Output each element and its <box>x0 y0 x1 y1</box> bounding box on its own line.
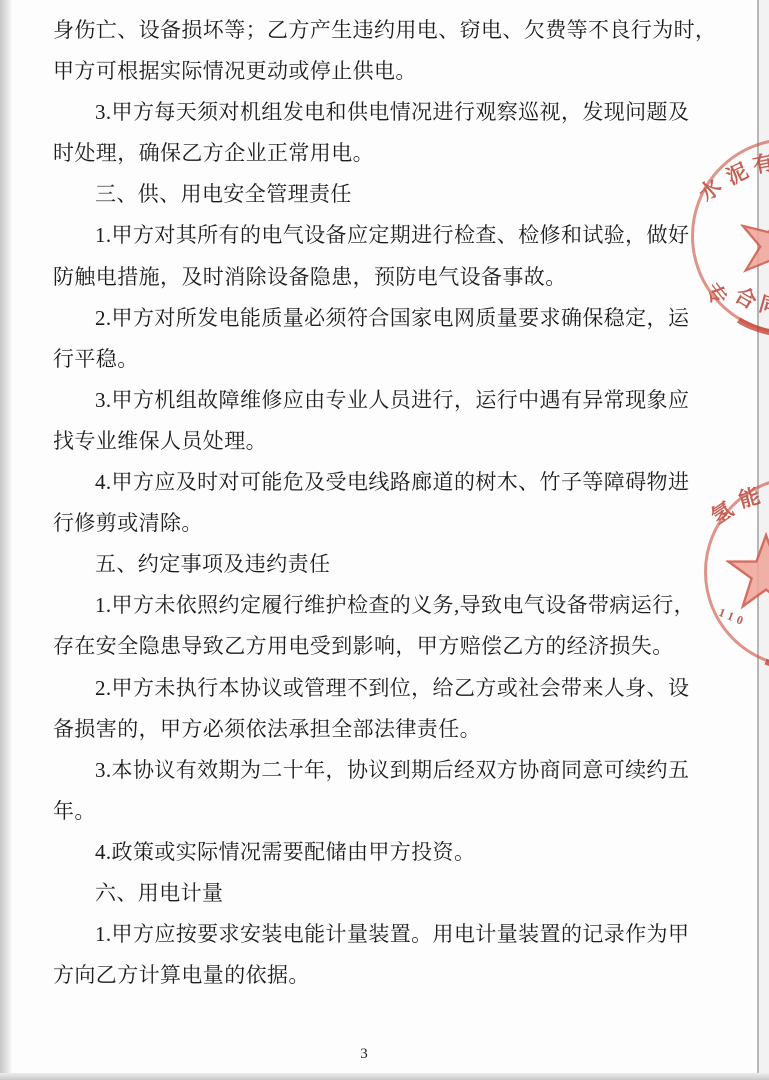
text-line: 找专业维保人员处理。 <box>53 421 708 462</box>
text-line: 方向乙方计算电量的依据。 <box>53 955 708 996</box>
text-line: 时处理，确保乙方企业正常用电。 <box>53 133 708 174</box>
text-line: 年。 <box>53 791 708 832</box>
text-line: 甲方可根据实际情况更动或停止供电。 <box>53 51 708 92</box>
page-number: 3 <box>352 1046 376 1063</box>
text-line: 行修剪或清除。 <box>53 503 708 544</box>
text-line: 2.甲方对所发电能质量必须符合国家电网质量要求确保稳定，运 <box>53 298 708 339</box>
contract-text: 身伤亡、设备损坏等；乙方产生违约用电、窃电、欠费等不良行为时，甲方可根据实际情况… <box>53 10 708 996</box>
text-line: 身伤亡、设备损坏等；乙方产生违约用电、窃电、欠费等不良行为时， <box>53 10 708 51</box>
scanned-contract-page: 身伤亡、设备损坏等；乙方产生违约用电、窃电、欠费等不良行为时，甲方可根据实际情况… <box>0 0 769 1080</box>
text-line: 3.甲方每天须对机组发电和供电情况进行观察巡视，发现问题及 <box>53 92 708 133</box>
text-line: 行平稳。 <box>53 339 708 380</box>
text-line: 3.甲方机组故障维修应由专业人员进行，运行中遇有异常现象应 <box>53 380 708 421</box>
text-line: 五、约定事项及违约责任 <box>53 544 708 585</box>
text-line: 六、用电计量 <box>53 873 708 914</box>
red-seal-energy-company: 氢 能 110 <box>704 476 769 668</box>
text-line: 防触电措施，及时消除设备隐患，预防电气设备事故。 <box>53 257 708 298</box>
text-line: 4.甲方应及时对可能危及受电线路廊道的树木、竹子等障碍物进 <box>53 462 708 503</box>
text-line: 1.甲方对其所有的电气设备应定期进行检查、检修和试验，做好 <box>53 215 708 256</box>
text-line: 2.甲方未执行本协议或管理不到位，给乙方或社会带来人身、设 <box>53 668 708 709</box>
text-line: 存在安全隐患导致乙方用电受到影响，甲方赔偿乙方的经济损失。 <box>53 626 708 667</box>
text-line: 1.甲方未依照约定履行维护检查的义务,导致电气设备带病运行， <box>53 585 708 626</box>
scan-edge-left <box>0 0 12 1080</box>
seal-star-icon <box>726 532 769 612</box>
text-line: 1.甲方应按要求安装电能计量装置。用电计量装置的记录作为甲 <box>53 914 708 955</box>
text-line: 三、供、用电安全管理责任 <box>53 174 708 215</box>
text-line: 4.政策或实际情况需要配储由甲方投资。 <box>53 832 708 873</box>
text-line: 备损害的，甲方必须依法承担全部法律责任。 <box>53 709 708 750</box>
text-line: 3.本协议有效期为二十年，协议到期后经双方协商同意可续约五 <box>53 750 708 791</box>
scan-edge-bottom <box>0 1073 769 1080</box>
seal-arc-char: 有 <box>751 152 769 177</box>
